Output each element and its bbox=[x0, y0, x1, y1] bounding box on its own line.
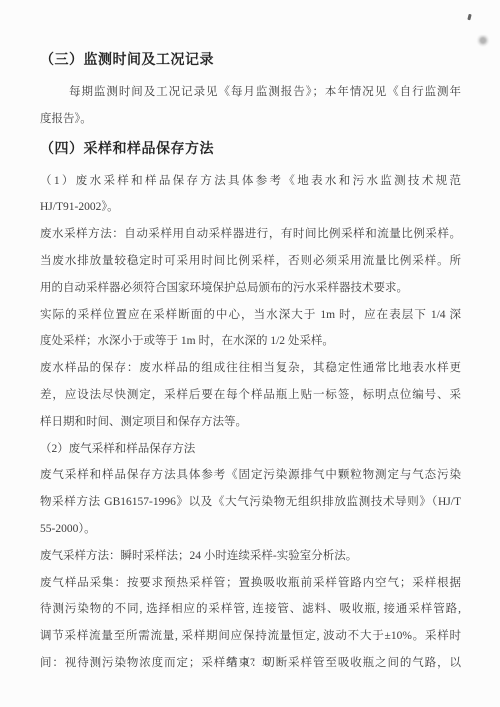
section-heading-4: （四）采样和样品保存方法 bbox=[40, 136, 461, 163]
paragraph: 每期监测时间及工况记录见《每月监测报告》；本年情况见《自行监测年 度报告》。 bbox=[40, 79, 461, 133]
paragraph: （1）废水采样和样品保存方法具体参考《地表水和污水监测技术规范 HJ/T91-2… bbox=[40, 168, 461, 222]
text-line: 55-2000）。 bbox=[40, 516, 461, 543]
text-line: （1）废水采样和样品保存方法具体参考《地表水和污水监测技术规范 bbox=[40, 168, 461, 195]
scan-artifact bbox=[467, 14, 471, 20]
scanned-document-page: （三）监测时间及工况记录 每期监测时间及工况记录见《每月监测报告》；本年情况见《… bbox=[0, 0, 500, 707]
paragraph: （2）废气采样和样品保存方法 bbox=[40, 436, 461, 463]
text-line: 废气采样和样品保存方法具体参考《固定污染源排气中颗粒物测定与气态污染 bbox=[40, 462, 461, 489]
scan-artifact bbox=[477, 35, 489, 47]
paragraph: 实际的采样位置应在采样断面的中心，当水深大于 1m 时，应在表层下 1/4 深 … bbox=[40, 302, 461, 356]
document-body: （三）监测时间及工况记录 每期监测时间及工况记录见《每月监测报告》；本年情况见《… bbox=[40, 44, 461, 677]
text-line: 当废水排放量较稳定时可采用时间比例采样，否则必须采用流量比例采样。所 bbox=[40, 248, 461, 275]
text-line: 废气采样方法：瞬时采样法；24 小时连续采样-实验室分析法。 bbox=[40, 543, 461, 570]
text-line: 废水采样方法：自动采样用自动采样器进行，有时间比例采样和流量比例采样。 bbox=[40, 221, 461, 248]
paragraph: 废水样品的保存：废水样品的组成往往相当复杂，其稳定性通常比地表水样更 差，应设法… bbox=[40, 355, 461, 435]
text-line: 每期监测时间及工况记录见《每月监测报告》；本年情况见《自行监测年 bbox=[40, 79, 461, 106]
text-line: 实际的采样位置应在采样断面的中心，当水深大于 1m 时，应在表层下 1/4 深 bbox=[40, 302, 461, 329]
text-line: 废水样品的保存：废水样品的组成往往相当复杂，其稳定性通常比地表水样更 bbox=[40, 355, 461, 382]
text-line: 物采样方法 GB16157-1996》以及《大气污染物无组织排放监测技术导则》（… bbox=[40, 489, 461, 516]
text-line: 调节采样流量至所需流量, 采样期间应保持流量恒定, 波动不大于±10%。采样时 bbox=[40, 623, 461, 650]
text-line: 样日期和时间、测定项目和保存方法等。 bbox=[40, 409, 461, 436]
text-line: 待测污染物的不同, 选择相应的采样管, 连接管、滤料、吸收瓶, 接通采样管路, bbox=[40, 596, 461, 623]
page-number: 第 37 页 bbox=[0, 654, 500, 668]
text-line: 度处采样；水深小于或等于 1m 时，在水深的 1/2 处采样。 bbox=[40, 328, 461, 355]
text-line: HJ/T91-2002》。 bbox=[40, 194, 461, 221]
text-line: 用的自动采样器必须符合国家环境保护总局颁布的污水采样器技术要求。 bbox=[40, 275, 461, 302]
text-line: 废气样品采集：按要求预热采样管；置换吸收瓶前采样管路内空气；采样根据 bbox=[40, 570, 461, 597]
text-line: （2）废气采样和样品保存方法 bbox=[40, 436, 461, 463]
paragraph: 废水采样方法：自动采样用自动采样器进行，有时间比例采样和流量比例采样。 当废水排… bbox=[40, 221, 461, 301]
paragraph: 废气采样方法：瞬时采样法；24 小时连续采样-实验室分析法。 bbox=[40, 543, 461, 570]
paragraph: 废气采样和样品保存方法具体参考《固定污染源排气中颗粒物测定与气态污染 物采样方法… bbox=[40, 462, 461, 542]
text-line: 差，应设法尽快测定，采样后要在每个样品瓶上贴一标签，标明点位编号、采 bbox=[40, 382, 461, 409]
section-heading-3: （三）监测时间及工况记录 bbox=[40, 47, 461, 74]
text-line: 度报告》。 bbox=[40, 106, 461, 133]
